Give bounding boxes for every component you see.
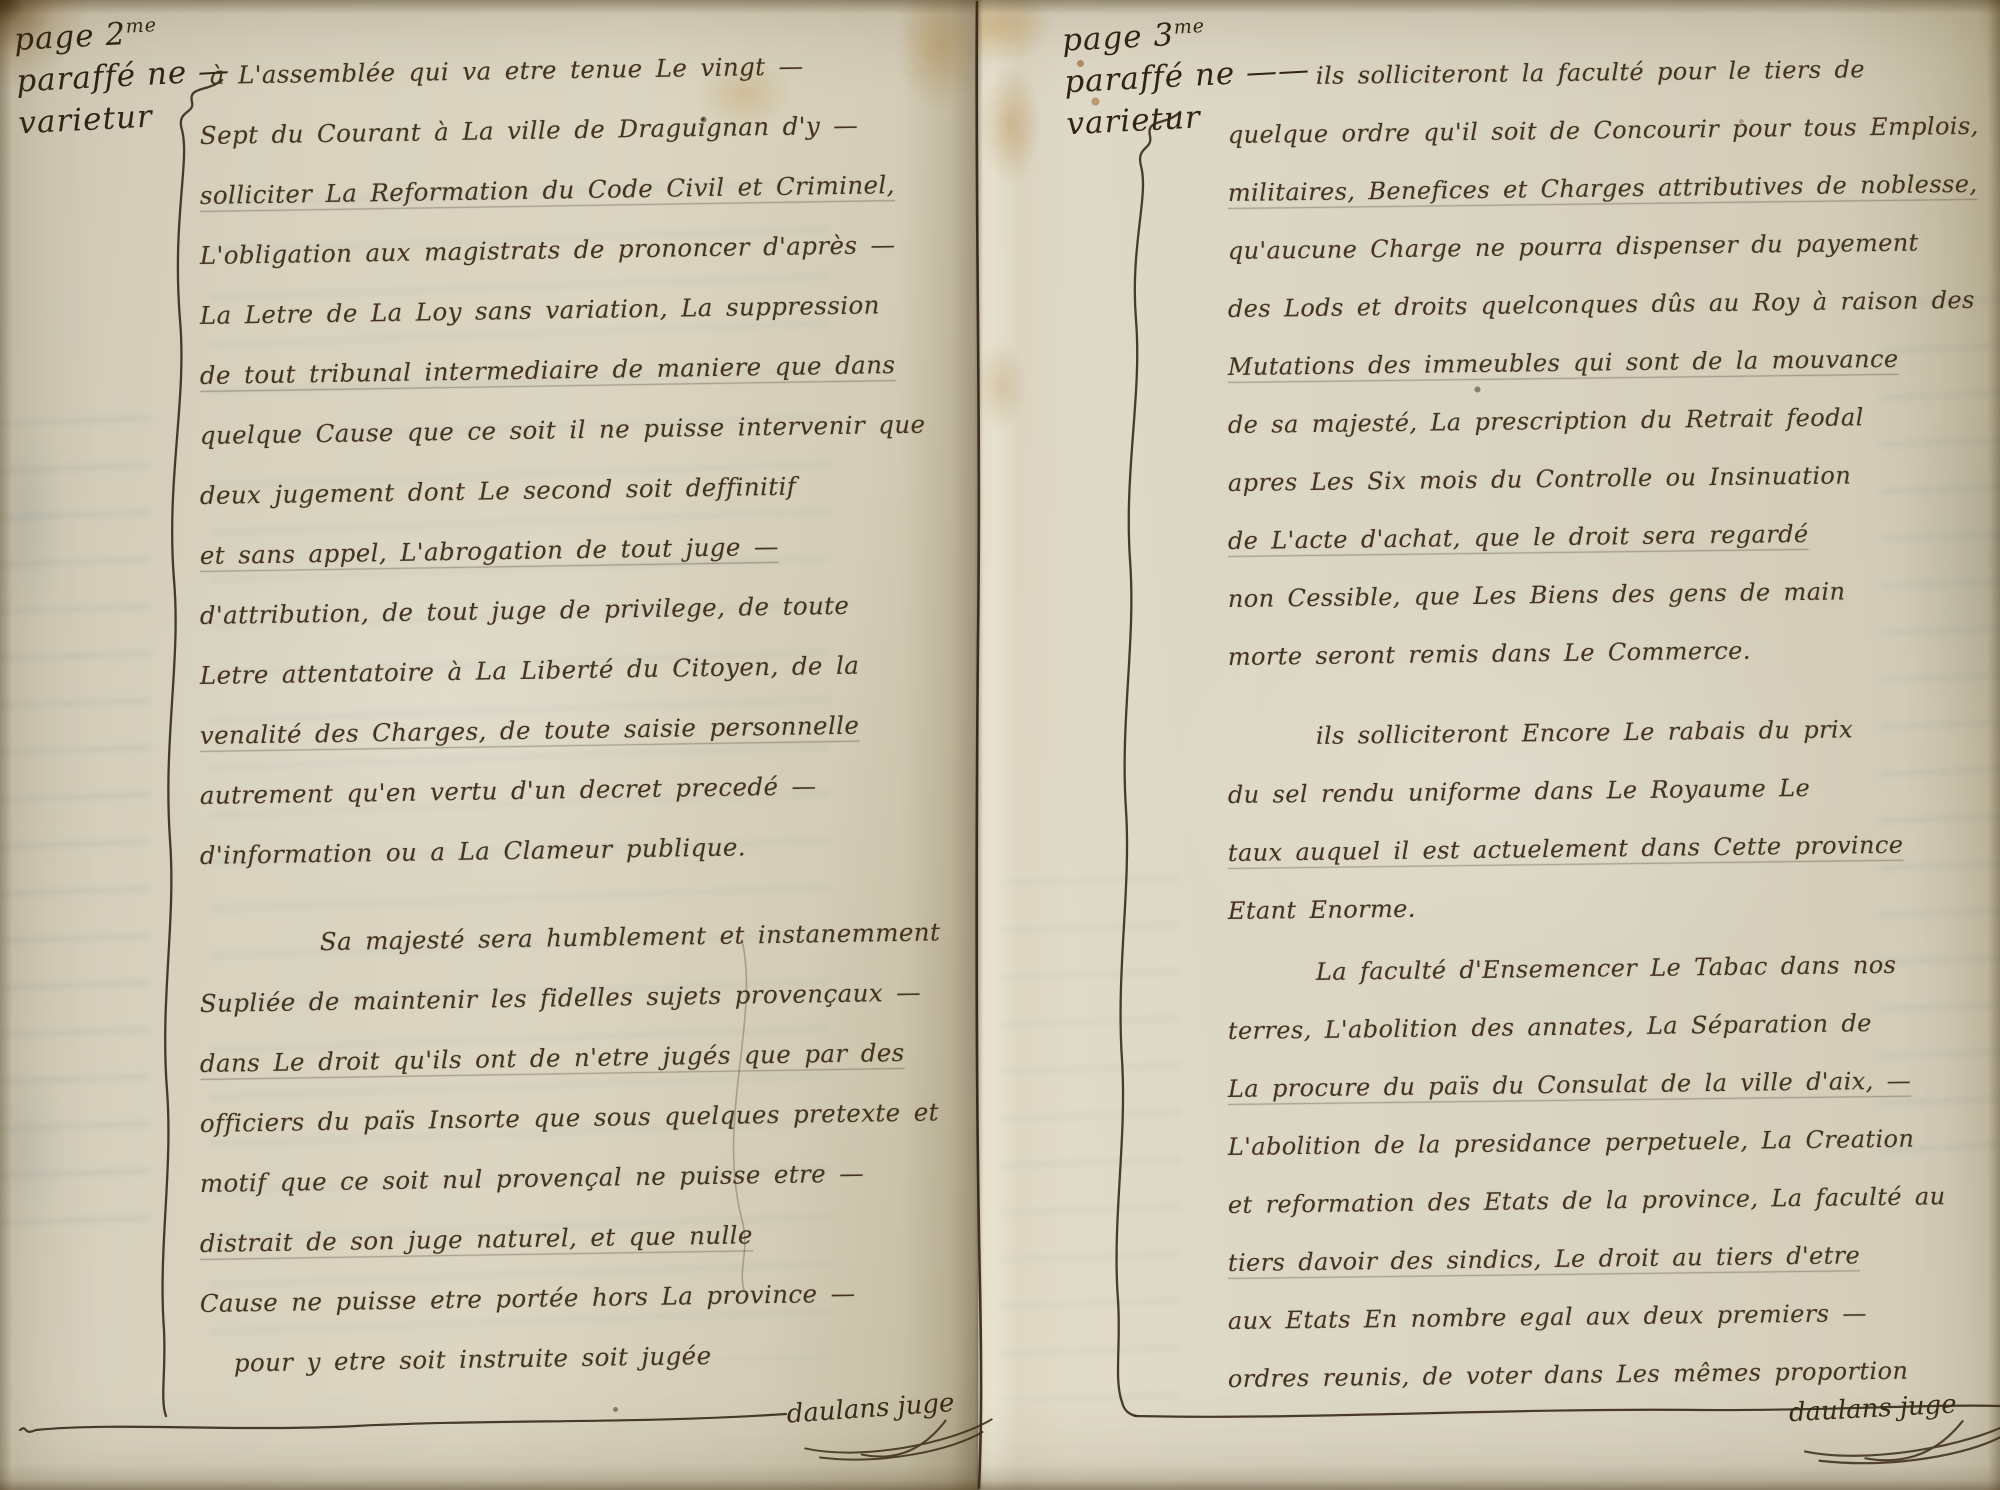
signature-left: daulans juge xyxy=(786,1384,1008,1471)
manuscript-line: Mutations des immeubles qui sont de la m… xyxy=(1228,329,1989,396)
manuscript-line: non Cessible, que Les Biens des gens de … xyxy=(1228,561,1989,628)
manuscript-line: ils solliciteront Encore Le rabais du pr… xyxy=(1228,699,1989,766)
page-left-text: à L'assemblée qui va etre tenue Le vingt… xyxy=(200,46,840,1394)
manuscript-line: d'information ou a La Clameur publique. xyxy=(199,816,840,886)
manuscript-line: apres Les Six mois du Controlle ou Insin… xyxy=(1228,445,1989,512)
manuscript-line: Sa majesté sera humblement et instanemme… xyxy=(199,904,840,974)
manuscript-line: deux jugement dont Le second soit deffin… xyxy=(199,456,840,526)
manuscript-line: dans Le droit qu'ils ont de n'etre jugés… xyxy=(199,1024,840,1094)
manuscript-line: de sa majesté, La prescription du Retrai… xyxy=(1228,387,1989,454)
paragraph: ils solliciteront Encore Le rabais du pr… xyxy=(1228,708,1988,940)
manuscript-line: Etant Enorme. xyxy=(1228,873,1989,940)
manuscript-line: La faculté d'Ensemencer Le Tabac dans no… xyxy=(1228,935,1989,1002)
manuscript-line: tiers davoir des sindics, Le droit au ti… xyxy=(1228,1225,1989,1292)
manuscript-line: La Letre de La Loy sans variation, La su… xyxy=(199,276,840,346)
manuscript-line: Sept du Courant à La ville de Draguignan… xyxy=(199,96,840,166)
manuscript-line: aux Etats En nombre egal aux deux premie… xyxy=(1228,1283,1989,1350)
manuscript-line: L'obligation aux magistrats de prononcer… xyxy=(199,216,840,286)
page-number: 3 xyxy=(1152,17,1175,54)
ink-showthrough xyxy=(1000,840,1180,1400)
page-left: page 2me paraffé ne — varietur à L'assem… xyxy=(0,0,978,1490)
manuscript-line: et sans appel, L'abrogation de tout juge… xyxy=(199,516,840,586)
manuscript-line: de L'acte d'achat, que le droit sera reg… xyxy=(1228,503,1989,570)
page-right: page 3me paraffé ne —— varietur ils soll… xyxy=(978,0,2000,1490)
manuscript-line: quelque Cause que ce soit il ne puisse i… xyxy=(199,396,840,466)
manuscript-line: L'abolition de la presidance perpetuele,… xyxy=(1228,1109,1989,1176)
page-word: page xyxy=(13,18,95,58)
manuscript-line: quelque ordre qu'il soit de Concourir po… xyxy=(1228,97,1989,164)
manuscript-line: militaires, Benefices et Charges attribu… xyxy=(1228,155,1989,222)
page-ordinal: me xyxy=(125,14,157,38)
signature-right: daulans juge xyxy=(1788,1386,2000,1474)
paragraph: La faculté d'Ensemencer Le Tabac dans no… xyxy=(1228,944,1988,1408)
page-word: page xyxy=(1061,19,1143,59)
manuscript-line: La procure du païs du Consulat de la vil… xyxy=(1228,1051,1989,1118)
manuscript-line: qu'aucune Charge ne pourra dispenser du … xyxy=(1228,213,1989,280)
manuscript-line: venalité des Charges, de toute saisie pe… xyxy=(199,696,840,766)
paragraph: Sa majesté sera humblement et instanemme… xyxy=(200,914,840,1394)
manuscript-line: des Lods et droits quelconques dûs au Ro… xyxy=(1228,271,1989,338)
manuscript-line: du sel rendu uniforme dans Le Royaume Le xyxy=(1228,757,1989,824)
manuscript-line: à L'assemblée qui va etre tenue Le vingt… xyxy=(199,36,840,106)
page-right-text: ils solliciteront la faculté pour le tie… xyxy=(1228,48,1988,1408)
manuscript-line: Letre attentatoire à La Liberté du Citoy… xyxy=(199,636,840,706)
manuscript-line: autrement qu'en vertu d'un decret preced… xyxy=(199,756,840,826)
manuscript-line: morte seront remis dans Le Commerce. xyxy=(1228,619,1989,686)
manuscript-line: et reformation des Etats de la province,… xyxy=(1228,1167,1989,1234)
manuscript-line: taux auquel il est actuelement dans Cett… xyxy=(1228,815,1989,882)
manuscript-line: ils solliciteront la faculté pour le tie… xyxy=(1228,39,1989,106)
paragraph: à L'assemblée qui va etre tenue Le vingt… xyxy=(200,46,840,886)
manuscript-line: officiers du païs Insorte que sous quelq… xyxy=(199,1084,840,1154)
manuscript-line: de tout tribunal intermediaire de manier… xyxy=(199,336,840,406)
manuscript-line: solliciter La Reformation du Code Civil … xyxy=(199,156,840,226)
manuscript-line: motif que ce soit nul provençal ne puiss… xyxy=(199,1144,840,1214)
paragraph: ils solliciteront la faculté pour le tie… xyxy=(1228,48,1988,686)
manuscript-line: Cause ne puisse etre portée hors La prov… xyxy=(199,1264,840,1334)
manuscript-line: distrait de son juge naturel, et que nul… xyxy=(199,1204,840,1274)
manuscript-scan: page 2me paraffé ne — varietur à L'assem… xyxy=(0,0,2000,1490)
page-ordinal: me xyxy=(1173,15,1205,39)
manuscript-line: Supliée de maintenir les fidelles sujets… xyxy=(199,964,840,1034)
manuscript-line: terres, L'abolition des annates, La Sépa… xyxy=(1228,993,1989,1060)
page-number: 2 xyxy=(104,16,127,53)
manuscript-line: pour y etre soit instruite soit jugée xyxy=(199,1324,840,1394)
ink-showthrough xyxy=(0,380,150,1240)
manuscript-line: d'attribution, de tout juge de privilege… xyxy=(199,576,840,646)
